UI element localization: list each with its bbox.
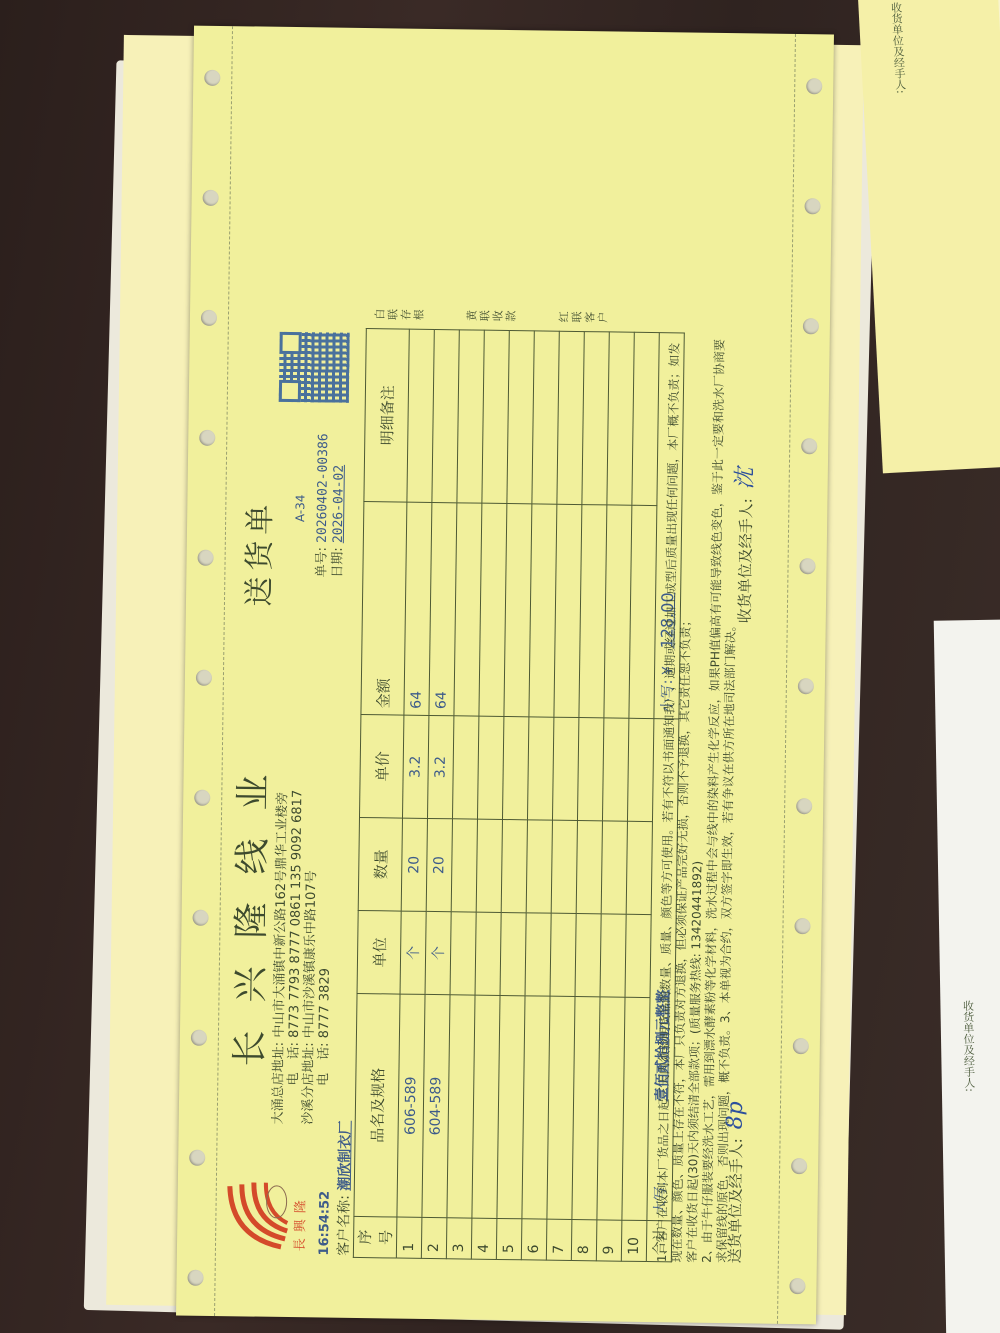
col-header-name: 品名及规格 [354, 993, 400, 1217]
tractor-hole [197, 550, 213, 566]
sender-handwritten-signature: 8p [723, 1101, 748, 1129]
tractor-hole [804, 198, 820, 214]
copy-labels: 白联存根 黄联收款 红联客户 [374, 293, 650, 327]
tractor-hole [799, 558, 815, 574]
receiver-handwritten-signature: 沈 [733, 467, 758, 489]
col-header-no: 序号 [353, 1216, 397, 1258]
tractor-hole [187, 1270, 203, 1286]
copy-label-yellow: 黄联收款 [466, 308, 518, 325]
qr-code-icon [279, 332, 350, 403]
copy-label-white: 白联存根 [374, 307, 426, 324]
tractor-hole [791, 1158, 807, 1174]
customer-name: 客户名称: 潮欣制衣厂 [333, 1120, 355, 1255]
receipt-wrapper: 長興隆 长兴隆线业 送货单 大涌总店地址: 中山市大涌镇中新公路162号鼎华工业… [180, 20, 830, 1330]
side-receipt-signature-text: 收货单位及经手人: [960, 1000, 980, 1320]
delivery-note: 長興隆 长兴隆线业 送货单 大涌总店地址: 中山市大涌镇中新公路162号鼎华工业… [176, 26, 834, 1325]
tractor-hole [194, 790, 210, 806]
tractor-hole [189, 1150, 205, 1166]
tractor-hole [192, 910, 208, 926]
side-receipt-bottom-right: 收货单位及经手人: [934, 619, 1000, 1333]
tractor-hole [796, 798, 812, 814]
tractor-hole [793, 1038, 809, 1054]
document-date: 日期: 2026-04-02 [326, 465, 347, 578]
logo-text: 長興隆 [289, 1194, 309, 1251]
sender-signature: 送货单位及经手人: 8p [721, 1101, 748, 1263]
col-header-note: 明细备注 [364, 329, 409, 503]
tractor-hole [798, 678, 814, 694]
phone-line-branch: 电 话: 8777 3829 [316, 968, 333, 1138]
copy-label-red: 红联客户 [558, 310, 610, 327]
col-header-amount: 金额 [361, 502, 407, 716]
col-header-price: 单价 [359, 714, 403, 818]
tractor-hole [203, 190, 219, 206]
tractor-hole [201, 310, 217, 326]
print-time: 16:54:52 [317, 1191, 333, 1256]
company-name: 长兴隆线业 [222, 746, 277, 1067]
document-title: 送货单 [234, 498, 280, 607]
tractor-hole [801, 438, 817, 454]
receiver-signature: 收货单位及经手人: 沈 [726, 467, 759, 623]
side-receipt-signature-text: 收货单位及经手人: [888, 2, 925, 442]
tractor-hole [204, 70, 220, 86]
side-receipt-top-right: 收货单位及经手人: [857, 0, 1000, 473]
form-code: A-34 [293, 494, 307, 522]
items-table: 序号 品名及规格 单位 数量 单价 金额 明细备注 1 606-589 个 20 [353, 328, 685, 1262]
tractor-hole [806, 78, 822, 94]
tractor-hole [803, 318, 819, 334]
tractor-hole [196, 670, 212, 686]
tractor-hole [199, 430, 215, 446]
col-header-qty: 数量 [358, 817, 402, 911]
tractor-hole [794, 918, 810, 934]
col-header-unit: 单位 [357, 910, 401, 994]
tractor-hole [789, 1278, 805, 1294]
tractor-hole [191, 1030, 207, 1046]
receipt-content: 長興隆 长兴隆线业 送货单 大涌总店地址: 中山市大涌镇中新公路162号鼎华工业… [221, 76, 789, 1264]
